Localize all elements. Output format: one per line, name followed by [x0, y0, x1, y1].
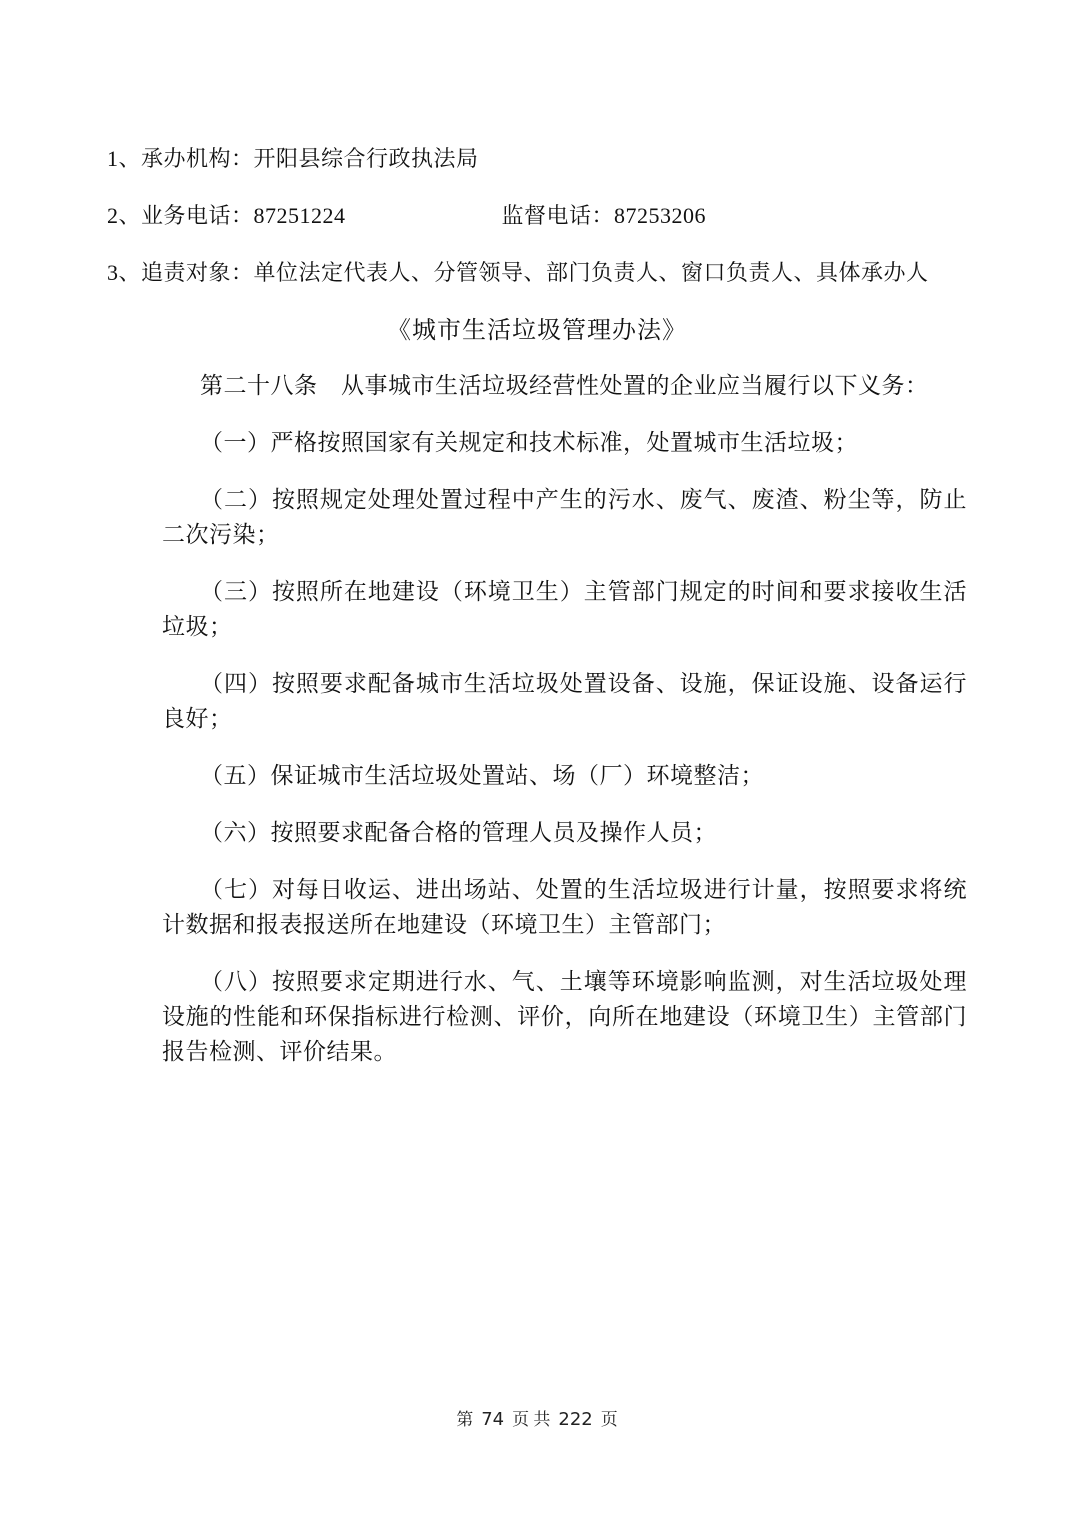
clause-8: （八）按照要求定期进行水、气、土壤等环境影响监测，对生活垃圾处理设施的性能和环保…	[162, 964, 967, 1069]
clause-3: （三）按照所在地建设（环境卫生）主管部门规定的时间和要求接收生活垃圾；	[162, 574, 967, 644]
supervision-phone-text: 监督电话：87253206	[502, 203, 707, 228]
clause-7: （七）对每日收运、进出场站、处置的生活垃圾进行计量，按照要求将统计数据和报表报送…	[162, 872, 967, 942]
business-phone-text: 2、业务电话：87251224	[107, 203, 346, 228]
clause-2: （二）按照规定处理处置过程中产生的污水、废气、废渣、粉尘等，防止二次污染；	[162, 482, 967, 552]
footer-label-suffix: 页	[601, 1410, 618, 1429]
article-28-intro: 第二十八条 从事城市生活垃圾经营性处置的企业应当履行以下义务：	[162, 368, 967, 403]
regulation-title: 《城市生活垃圾管理办法》	[107, 316, 967, 346]
footer-label-middle: 页 共	[512, 1410, 550, 1429]
info-line-accountability: 3、追责对象：单位法定代表人、分管领导、部门负责人、窗口负责人、具体承办人	[107, 259, 967, 287]
info-line-organization: 1、承办机构：开阳县综合行政执法局	[107, 145, 967, 173]
info-line-phones: 2、业务电话：87251224 监督电话：87253206	[107, 202, 967, 230]
footer-label-prefix: 第	[456, 1410, 473, 1429]
footer-current-page: 74	[481, 1409, 504, 1430]
page-footer: 第74页 共222页	[0, 1405, 1074, 1430]
clause-4: （四）按照要求配备城市生活垃圾处置设备、设施，保证设施、设备运行良好；	[162, 666, 967, 736]
footer-total-pages: 222	[558, 1409, 592, 1430]
clause-1: （一）严格按照国家有关规定和技术标准，处置城市生活垃圾；	[162, 425, 967, 460]
document-content: 1、承办机构：开阳县综合行政执法局 2、业务电话：87251224 监督电话：8…	[0, 0, 1074, 1069]
document-page: 1、承办机构：开阳县综合行政执法局 2、业务电话：87251224 监督电话：8…	[0, 0, 1074, 1520]
clause-6: （六）按照要求配备合格的管理人员及操作人员；	[162, 815, 967, 850]
clause-5: （五）保证城市生活垃圾处置站、场（厂）环境整洁；	[162, 758, 967, 793]
